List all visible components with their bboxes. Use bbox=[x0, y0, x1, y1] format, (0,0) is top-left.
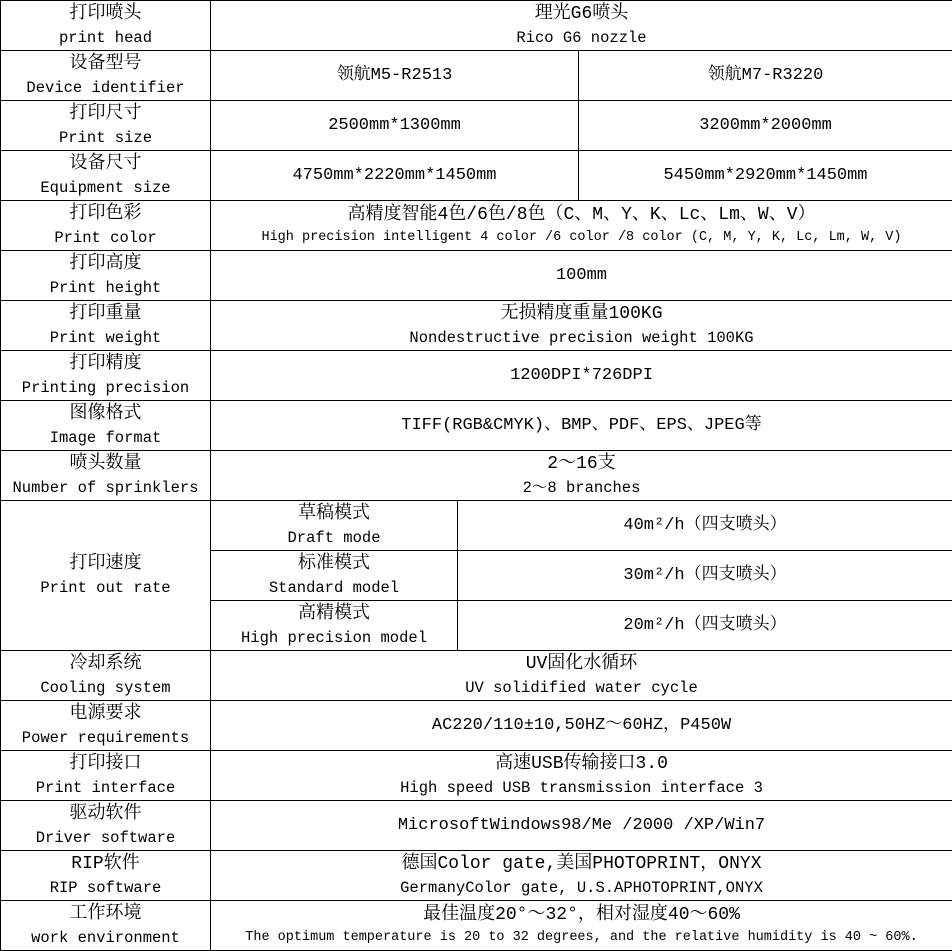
row-value-zh: 理光G6喷头 bbox=[213, 2, 950, 26]
row-label: 驱动软件 Driver software bbox=[1, 801, 211, 851]
row-label: 打印色彩 Print color bbox=[1, 201, 211, 251]
speed-mode: 草稿模式 Draft mode bbox=[211, 501, 458, 551]
row-label-zh: 打印接口 bbox=[3, 752, 208, 776]
row-value-en: Rico G6 nozzle bbox=[213, 26, 950, 50]
row-value-left: 4750mm*2220mm*1450mm bbox=[211, 151, 579, 201]
row-label: RIP软件 RIP software bbox=[1, 851, 211, 901]
row-value: AC220/110±10,50HZ～60HZ，P450W bbox=[211, 701, 952, 751]
speed-mode: 标准模式 Standard model bbox=[211, 551, 458, 601]
row-label: 工作环境 work environment bbox=[1, 901, 211, 951]
row-label-zh: 打印喷头 bbox=[3, 2, 208, 26]
speed-value: 40m²/h（四支喷头） bbox=[458, 501, 952, 551]
table-row-print-size: 打印尺寸 Print size 2500mm*1300mm 3200mm*200… bbox=[1, 101, 952, 151]
row-label: 打印喷头 print head bbox=[1, 1, 211, 51]
row-label-en: Print height bbox=[3, 276, 208, 300]
table-row-driver-software: 驱动软件 Driver software MicrosoftWindows98/… bbox=[1, 801, 952, 851]
row-label-zh: 打印尺寸 bbox=[3, 102, 208, 126]
row-label: 打印尺寸 Print size bbox=[1, 101, 211, 151]
row-value-en: 2～8 branches bbox=[213, 476, 950, 500]
row-value-en: High precision intelligent 4 color /6 co… bbox=[213, 227, 950, 248]
row-value-en: GermanyColor gate, U.S.APHOTOPRINT,ONYX bbox=[213, 876, 950, 900]
row-label-zh: 设备型号 bbox=[3, 52, 208, 76]
row-value: 无损精度重量100KG Nondestructive precision wei… bbox=[211, 301, 952, 351]
speed-mode-en: High precision model bbox=[213, 626, 455, 650]
row-label-en: Number of sprinklers bbox=[3, 476, 208, 500]
row-value: 2～16支 2～8 branches bbox=[211, 451, 952, 501]
row-value-right: 5450mm*2920mm*1450mm bbox=[579, 151, 952, 201]
speed-value: 20m²/h（四支喷头） bbox=[458, 601, 952, 651]
row-label-en: Print out rate bbox=[3, 576, 208, 600]
row-value: 100mm bbox=[211, 251, 952, 301]
row-label-en: Image format bbox=[3, 426, 208, 450]
table-row-print-height: 打印高度 Print height 100mm bbox=[1, 251, 952, 301]
table-row-device-identifier: 设备型号 Device identifier 领航M5-R2513 领航M7-R… bbox=[1, 51, 952, 101]
row-value-zh: 德国Color gate,美国PHOTOPRINT，ONYX bbox=[213, 852, 950, 876]
row-value-right: 领航M7-R3220 bbox=[579, 51, 952, 101]
speed-mode-zh: 标准模式 bbox=[213, 552, 455, 576]
row-value: 理光G6喷头 Rico G6 nozzle bbox=[211, 1, 952, 51]
row-label-zh: 工作环境 bbox=[3, 902, 208, 926]
table-row-print-weight: 打印重量 Print weight 无损精度重量100KG Nondestruc… bbox=[1, 301, 952, 351]
row-label-zh: 图像格式 bbox=[3, 402, 208, 426]
row-label-zh: 喷头数量 bbox=[3, 452, 208, 476]
row-label-zh: 打印精度 bbox=[3, 352, 208, 376]
speed-mode-zh: 草稿模式 bbox=[213, 502, 455, 526]
speed-mode: 高精模式 High precision model bbox=[211, 601, 458, 651]
table-row-rip-software: RIP软件 RIP software 德国Color gate,美国PHOTOP… bbox=[1, 851, 952, 901]
row-label-print-out-rate: 打印速度 Print out rate bbox=[1, 501, 211, 651]
row-value-zh: 高精度智能4色/6色/8色（C、M、Y、K、Lc、Lm、W、V） bbox=[213, 203, 950, 227]
row-label-en: Print size bbox=[3, 126, 208, 150]
row-label-en: print head bbox=[3, 26, 208, 50]
row-value-zh: 2～16支 bbox=[213, 452, 950, 476]
row-label-zh: 电源要求 bbox=[3, 702, 208, 726]
row-label-en: RIP software bbox=[3, 876, 208, 900]
row-label-zh: 设备尺寸 bbox=[3, 152, 208, 176]
row-label-zh: 打印高度 bbox=[3, 252, 208, 276]
table-row-equipment-size: 设备尺寸 Equipment size 4750mm*2220mm*1450mm… bbox=[1, 151, 952, 201]
printer-spec-table: 打印喷头 print head 理光G6喷头 Rico G6 nozzle 设备… bbox=[0, 0, 952, 951]
row-label: 冷却系统 Cooling system bbox=[1, 651, 211, 701]
row-value: 德国Color gate,美国PHOTOPRINT，ONYX GermanyCo… bbox=[211, 851, 952, 901]
row-label-en: Power requirements bbox=[3, 726, 208, 750]
row-value-left: 2500mm*1300mm bbox=[211, 101, 579, 151]
row-label-en: Printing precision bbox=[3, 376, 208, 400]
row-value-zh: UV固化水循环 bbox=[213, 652, 950, 676]
speed-mode-en: Draft mode bbox=[213, 526, 455, 550]
table-row-image-format: 图像格式 Image format TIFF(RGB&CMYK)、BMP、PDF… bbox=[1, 401, 952, 451]
row-value-left: 领航M5-R2513 bbox=[211, 51, 579, 101]
row-label: 电源要求 Power requirements bbox=[1, 701, 211, 751]
row-label-en: Equipment size bbox=[3, 176, 208, 200]
row-label-zh: 打印色彩 bbox=[3, 202, 208, 226]
row-value: MicrosoftWindows98/Me /2000 /XP/Win7 bbox=[211, 801, 952, 851]
row-label: 喷头数量 Number of sprinklers bbox=[1, 451, 211, 501]
row-label-en: Print interface bbox=[3, 776, 208, 800]
row-label-en: Print color bbox=[3, 226, 208, 250]
row-value-en: UV solidified water cycle bbox=[213, 676, 950, 700]
row-label-zh: RIP软件 bbox=[3, 852, 208, 876]
speed-value: 30m²/h（四支喷头） bbox=[458, 551, 952, 601]
row-label-en: Driver software bbox=[3, 826, 208, 850]
row-label-en: Cooling system bbox=[3, 676, 208, 700]
row-value: 最佳温度20°～32°，相对湿度40～60% The optimum tempe… bbox=[211, 901, 952, 951]
row-value-right: 3200mm*2000mm bbox=[579, 101, 952, 151]
row-value: 高速USB传输接口3.0 High speed USB transmission… bbox=[211, 751, 952, 801]
table-row-print-head: 打印喷头 print head 理光G6喷头 Rico G6 nozzle bbox=[1, 1, 952, 51]
row-label: 设备尺寸 Equipment size bbox=[1, 151, 211, 201]
row-label-zh: 驱动软件 bbox=[3, 802, 208, 826]
speed-mode-en: Standard model bbox=[213, 576, 455, 600]
table-row-printing-precision: 打印精度 Printing precision 1200DPI*726DPI bbox=[1, 351, 952, 401]
row-value: TIFF(RGB&CMYK)、BMP、PDF、EPS、JPEG等 bbox=[211, 401, 952, 451]
table-row-work-environment: 工作环境 work environment 最佳温度20°～32°，相对湿度40… bbox=[1, 901, 952, 951]
row-label-en: Print weight bbox=[3, 326, 208, 350]
row-label: 图像格式 Image format bbox=[1, 401, 211, 451]
row-value: 高精度智能4色/6色/8色（C、M、Y、K、Lc、Lm、W、V） High pr… bbox=[211, 201, 952, 251]
table-row-print-speed-draft: 打印速度 Print out rate 草稿模式 Draft mode 40m²… bbox=[1, 501, 952, 551]
row-label-en: Device identifier bbox=[3, 76, 208, 100]
table-row-cooling-system: 冷却系统 Cooling system UV固化水循环 UV solidifie… bbox=[1, 651, 952, 701]
table-row-print-color: 打印色彩 Print color 高精度智能4色/6色/8色（C、M、Y、K、L… bbox=[1, 201, 952, 251]
row-label: 设备型号 Device identifier bbox=[1, 51, 211, 101]
row-label-zh: 打印重量 bbox=[3, 302, 208, 326]
row-value-zh: 最佳温度20°～32°，相对湿度40～60% bbox=[213, 903, 950, 927]
row-value: UV固化水循环 UV solidified water cycle bbox=[211, 651, 952, 701]
row-label-zh: 打印速度 bbox=[3, 552, 208, 576]
row-label: 打印高度 Print height bbox=[1, 251, 211, 301]
row-value-zh: 无损精度重量100KG bbox=[213, 302, 950, 326]
speed-mode-zh: 高精模式 bbox=[213, 602, 455, 626]
row-label: 打印接口 Print interface bbox=[1, 751, 211, 801]
row-value-en: The optimum temperature is 20 to 32 degr… bbox=[213, 927, 950, 948]
row-label-zh: 冷却系统 bbox=[3, 652, 208, 676]
row-value-zh: 高速USB传输接口3.0 bbox=[213, 752, 950, 776]
table-row-print-interface: 打印接口 Print interface 高速USB传输接口3.0 High s… bbox=[1, 751, 952, 801]
row-value: 1200DPI*726DPI bbox=[211, 351, 952, 401]
row-label: 打印精度 Printing precision bbox=[1, 351, 211, 401]
row-value-en: Nondestructive precision weight 100KG bbox=[213, 326, 950, 350]
row-label: 打印重量 Print weight bbox=[1, 301, 211, 351]
table-row-power-requirements: 电源要求 Power requirements AC220/110±10,50H… bbox=[1, 701, 952, 751]
table-row-number-of-sprinklers: 喷头数量 Number of sprinklers 2～16支 2～8 bran… bbox=[1, 451, 952, 501]
row-value-en: High speed USB transmission interface 3 bbox=[213, 776, 950, 800]
row-label-en: work environment bbox=[3, 926, 208, 950]
